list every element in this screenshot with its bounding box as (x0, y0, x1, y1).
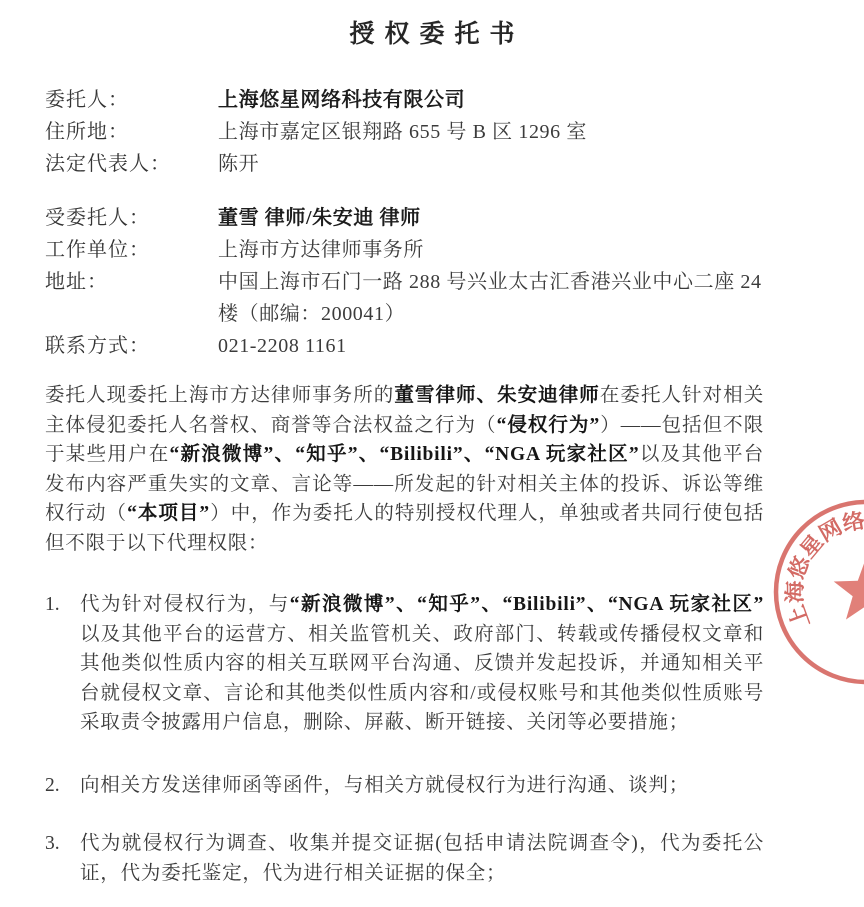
document-page: 授权委托书 委托人： 上海悠星网络科技有限公司 住所地： 上海市嘉定区银翔路 6… (0, 0, 864, 907)
item-text: 代为就侵权行为调查、收集并提交证据(包括申请法院调查令)，代为委托公证，代为委托… (80, 829, 764, 888)
power-item-3: 3. 代为就侵权行为调查、收集并提交证据(包括申请法院调查令)，代为委托公证，代… (45, 829, 764, 888)
field-label: 工作单位： (45, 234, 218, 266)
company-seal: 上海悠星网络科技有限公司 (766, 492, 864, 692)
field-label: 委托人： (45, 84, 218, 116)
authorization-paragraph: 委托人现委托上海市方达律师事务所的董雪律师、朱安迪律师在委托人针对相关主体侵犯委… (45, 381, 764, 558)
field-value: 上海市嘉定区银翔路 655 号 B 区 1296 室 (218, 116, 764, 148)
fields-block: 委托人： 上海悠星网络科技有限公司 住所地： 上海市嘉定区银翔路 655 号 B… (45, 84, 764, 362)
item-text: 向相关方发送律师函等函件，与相关方就侵权行为进行沟通、谈判； (80, 771, 764, 801)
seal-star (834, 558, 864, 620)
field-row-contact: 联系方式： 021-2208 1161 (45, 330, 764, 362)
item-text: 代为针对侵权行为，与“新浪微博”、“知乎”、“Bilibili”、“NGA 玩家… (80, 590, 764, 738)
field-value: 中国上海市石门一路 288 号兴业太古汇香港兴业中心二座 24楼（邮编：2000… (218, 266, 764, 330)
power-item-1: 1. 代为针对侵权行为，与“新浪微博”、“知乎”、“Bilibili”、“NGA… (45, 590, 764, 738)
field-row-legal-representative: 法定代表人： 陈开 (45, 148, 764, 180)
field-label: 联系方式： (45, 330, 218, 362)
svg-text:上海悠星网络科技有限公司: 上海悠星网络科技有限公司 (783, 508, 864, 630)
power-item-2: 2. 向相关方发送律师函等函件，与相关方就侵权行为进行沟通、谈判； (45, 771, 764, 801)
field-row-principal: 委托人： 上海悠星网络科技有限公司 (45, 84, 764, 116)
field-label: 法定代表人： (45, 148, 218, 180)
field-row-law-firm: 工作单位： 上海市方达律师事务所 (45, 234, 764, 266)
field-value: 021-2208 1161 (218, 330, 764, 362)
field-row-address-registered: 住所地： 上海市嘉定区银翔路 655 号 B 区 1296 室 (45, 116, 764, 148)
field-value: 上海悠星网络科技有限公司 (218, 84, 764, 116)
field-label: 住所地： (45, 116, 218, 148)
field-value: 董雪 律师/朱安迪 律师 (218, 202, 764, 234)
item-number: 1. (45, 590, 80, 620)
field-value: 上海市方达律师事务所 (218, 234, 764, 266)
doc-title: 授权委托书 (0, 14, 864, 50)
field-row-firm-address: 地址： 中国上海市石门一路 288 号兴业太古汇香港兴业中心二座 24楼（邮编：… (45, 266, 764, 330)
field-label: 受委托人： (45, 202, 218, 234)
seal-company-text: 上海悠星网络科技有限公司 (783, 508, 864, 630)
field-label: 地址： (45, 266, 218, 298)
item-number: 3. (45, 829, 80, 859)
item-number: 2. (45, 771, 80, 801)
field-row-attorneys: 受委托人： 董雪 律师/朱安迪 律师 (45, 202, 764, 234)
field-value: 陈开 (218, 148, 764, 180)
seal-ring (776, 502, 864, 682)
powers-list: 1. 代为针对侵权行为，与“新浪微博”、“知乎”、“Bilibili”、“NGA… (45, 590, 764, 888)
